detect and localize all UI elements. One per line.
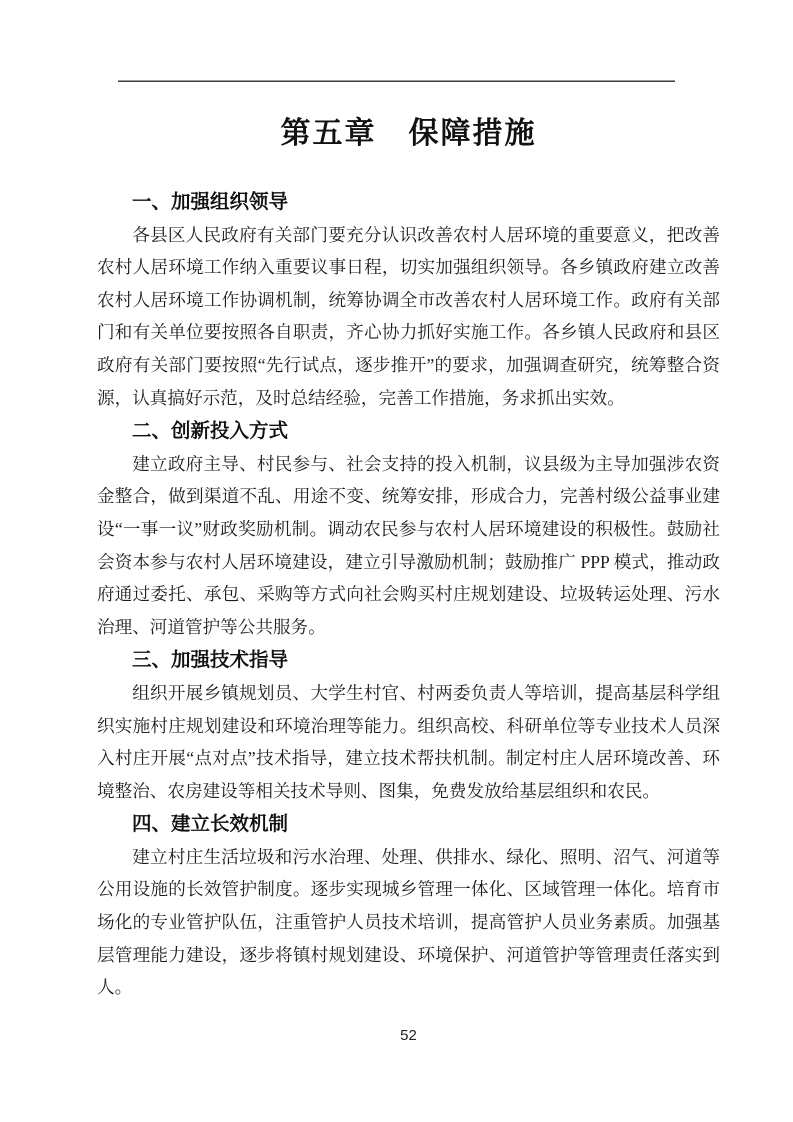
section-4: 四、建立长效机制 建立村庄生活垃圾和污水治理、处理、供排水、绿化、照明、沼气、河… — [97, 808, 720, 1004]
section-1-heading: 一、加强组织领导 — [97, 186, 720, 219]
section-2: 二、创新投入方式 建立政府主导、村民参与、社会支持的投入机制，议县级为主导加强涉… — [97, 415, 720, 643]
chapter-title: 第五章 保障措施 — [97, 112, 720, 156]
section-3-heading: 三、加强技术指导 — [97, 644, 720, 677]
page-footer: 52 — [97, 1027, 720, 1045]
section-2-paragraph: 建立政府主导、村民参与、社会支持的投入机制，议县级为主导加强涉农资金整合，做到渠… — [97, 448, 720, 644]
section-3-paragraph: 组织开展乡镇规划员、大学生村官、村两委负责人等培训，提高基层科学组织实施村庄规划… — [97, 677, 720, 807]
header-rule — [118, 80, 675, 82]
document-page: 第五章 保障措施 一、加强组织领导 各县区人民政府有关部门要充分认识改善农村人居… — [0, 0, 793, 1122]
section-4-heading: 四、建立长效机制 — [97, 808, 720, 841]
section-2-heading: 二、创新投入方式 — [97, 415, 720, 448]
section-1-paragraph: 各县区人民政府有关部门要充分认识改善农村人居环境的重要意义，把改善农村人居环境工… — [97, 219, 720, 415]
page-content: 第五章 保障措施 一、加强组织领导 各县区人民政府有关部门要充分认识改善农村人居… — [97, 112, 720, 1004]
section-1: 一、加强组织领导 各县区人民政府有关部门要充分认识改善农村人居环境的重要意义，把… — [97, 186, 720, 414]
page-number: 52 — [400, 1027, 417, 1044]
section-3: 三、加强技术指导 组织开展乡镇规划员、大学生村官、村两委负责人等培训，提高基层科… — [97, 644, 720, 807]
section-4-paragraph: 建立村庄生活垃圾和污水治理、处理、供排水、绿化、照明、沼气、河道等公用设施的长效… — [97, 841, 720, 1004]
